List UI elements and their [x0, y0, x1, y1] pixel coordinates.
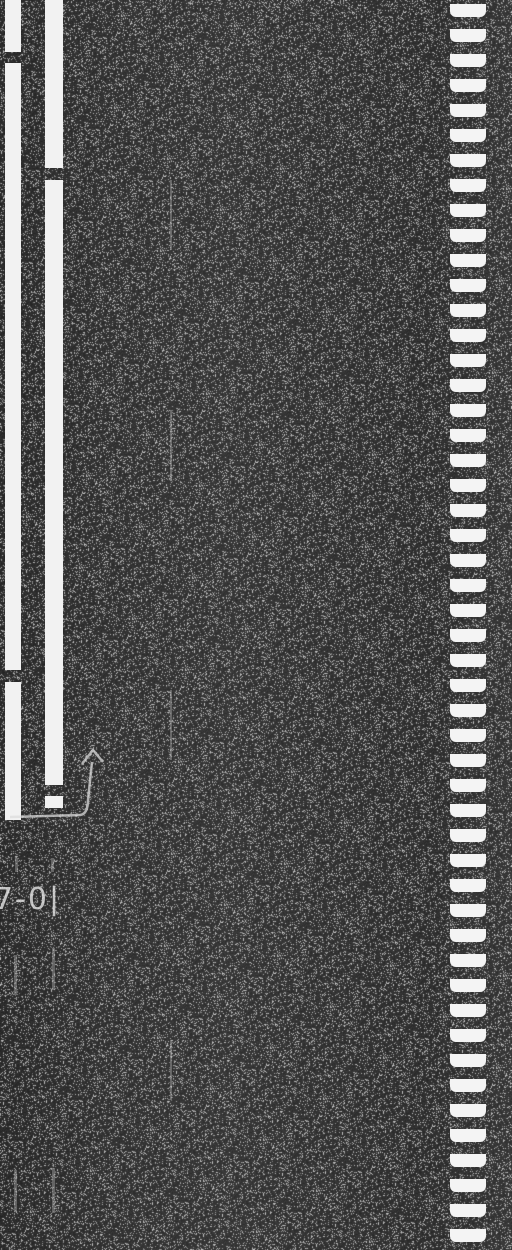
- edge-dash: [450, 854, 486, 867]
- edge-dash: [450, 979, 486, 992]
- faint-dash: [52, 948, 55, 990]
- edge-dash: [450, 1204, 486, 1217]
- edge-dash: [450, 554, 486, 567]
- edge-dash: [450, 1004, 486, 1017]
- edge-dash: [450, 229, 486, 242]
- lane-line-outer-segment: [5, 0, 21, 52]
- edge-dash: [450, 1029, 486, 1042]
- edge-dash: [450, 829, 486, 842]
- edge-dash: [450, 129, 486, 142]
- faint-dash: [14, 955, 17, 995]
- center-faint-dash: [170, 690, 172, 760]
- edge-dash: [450, 1179, 486, 1192]
- faint-dash: [14, 1170, 17, 1212]
- edge-dash: [450, 804, 486, 817]
- edge-dash: [450, 1154, 486, 1167]
- edge-dash: [450, 779, 486, 792]
- edge-dash: [450, 679, 486, 692]
- edge-dash: [450, 1129, 486, 1142]
- lane-line-inner-segment: [45, 180, 63, 785]
- center-faint-dash: [170, 410, 172, 480]
- edge-dash: [450, 179, 486, 192]
- edge-dash: [450, 1054, 486, 1067]
- edge-dash: [450, 604, 486, 617]
- faint-dash: [52, 1168, 55, 1213]
- edge-dash: [450, 279, 486, 292]
- center-faint-dash: [170, 180, 172, 250]
- edge-dash: [450, 754, 486, 767]
- edge-dash: [450, 304, 486, 317]
- edge-dash: [450, 1104, 486, 1117]
- edge-dash: [450, 729, 486, 742]
- edge-dash: [450, 354, 486, 367]
- edge-dash: [450, 529, 486, 542]
- edge-dash: [450, 104, 486, 117]
- edge-dash: [450, 904, 486, 917]
- edge-dash: [450, 1079, 486, 1092]
- lane-line-inner-segment: [45, 0, 63, 168]
- edge-dash: [450, 254, 486, 267]
- edge-dash: [450, 4, 486, 17]
- edge-dash: [450, 929, 486, 942]
- edge-dash: [450, 579, 486, 592]
- edge-dash: [450, 654, 486, 667]
- edge-dash: [450, 1229, 486, 1242]
- chalk-marking-text: 7-0|: [0, 882, 61, 917]
- edge-dash: [450, 154, 486, 167]
- edge-dash: [450, 329, 486, 342]
- road-aerial-image: 7-0|: [0, 0, 512, 1250]
- center-faint-dash: [170, 1040, 172, 1100]
- edge-dash: [450, 704, 486, 717]
- edge-dash: [450, 879, 486, 892]
- edge-dash: [450, 479, 486, 492]
- edge-dash: [450, 379, 486, 392]
- faint-dash: [15, 858, 18, 872]
- edge-dash: [450, 54, 486, 67]
- chalk-arrow-icon: [0, 740, 120, 840]
- faint-dash: [51, 858, 54, 872]
- edge-dash: [450, 79, 486, 92]
- edge-dash: [450, 454, 486, 467]
- edge-dash: [450, 29, 486, 42]
- edge-dash: [450, 504, 486, 517]
- edge-dash: [450, 404, 486, 417]
- edge-dash: [450, 204, 486, 217]
- asphalt-texture: [0, 0, 512, 1250]
- edge-dash: [450, 429, 486, 442]
- lane-line-outer-segment: [5, 63, 21, 670]
- edge-dash: [450, 954, 486, 967]
- edge-dash: [450, 629, 486, 642]
